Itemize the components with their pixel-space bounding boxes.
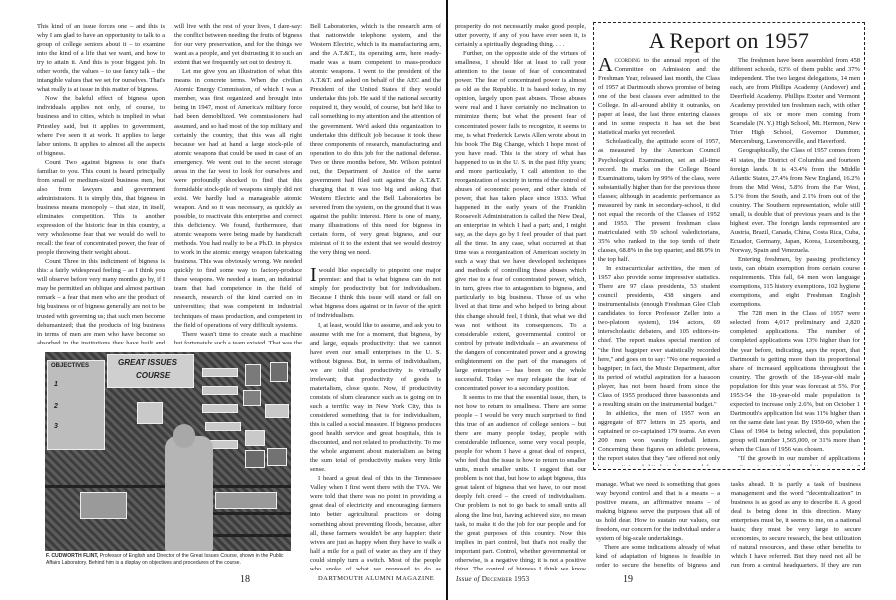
paragraph: This kind of an issue forces one – and t…: [37, 22, 165, 94]
course-title-line-2: COURSE: [136, 371, 170, 380]
course-title-board: GREAT ISSUES COURSE: [107, 354, 194, 388]
paragraph: prosperity do not necessarily make good …: [455, 22, 586, 49]
label-strip: [205, 422, 241, 431]
photo-thumbnail: [245, 364, 261, 386]
professor-figure: [165, 436, 213, 551]
paragraph: In extracurricular activities, the men o…: [598, 264, 720, 409]
paragraph: I heard a great deal of this in the Tenn…: [310, 474, 441, 570]
display-papers: [80, 492, 127, 519]
paragraph: I, at least, would like to assume, and a…: [310, 321, 441, 475]
paragraph-text: to the annual report of the Committee on…: [598, 57, 720, 136]
running-head-issue: Issue of December 1953: [456, 575, 529, 583]
issue-of-label: Issue of: [456, 575, 480, 583]
page-gutter-line: [446, 0, 448, 600]
course-title-line-1: GREAT ISSUES: [118, 358, 177, 367]
running-head-magazine: DARTMOUTH ALUMNI MAGAZINE: [318, 575, 434, 582]
center-panel: [137, 402, 163, 424]
objective-3: 3: [54, 423, 58, 430]
right-page-column-3: tasks ahead. It is partly a task of busi…: [731, 480, 861, 570]
objective-2: 2: [54, 403, 58, 410]
report-column-b: The freshmen have been assembled from 45…: [730, 56, 860, 466]
caption-name: F. CUDWORTH FLINT,: [46, 553, 98, 559]
paragraph-dropcap: Iwould like especially to pinpoint one m…: [310, 266, 441, 320]
label-strip: [202, 368, 238, 377]
label-strip: [202, 386, 238, 395]
paragraph: will live with the rest of your lives, I…: [174, 22, 302, 67]
right-page-column-2: manage. What we need is something that g…: [596, 480, 720, 570]
paragraph: In athletics, the men of 1957 won an agg…: [598, 409, 720, 466]
display-papers: [215, 492, 277, 509]
paragraph: The 728 men in the Class of 1957 were se…: [730, 309, 860, 454]
paragraph: Entering freshmen, by passing proficienc…: [730, 255, 860, 309]
dropcap-letter: A: [598, 57, 612, 73]
report-column-a: According to the annual report of the Co…: [598, 56, 720, 466]
professor-head: [173, 424, 195, 448]
paragraph-dropcap: According to the annual report of the Co…: [598, 56, 720, 137]
paragraph: Bell Laboratories, which is the research…: [310, 22, 441, 257]
paragraph: Now the baleful effect of bigness upon i…: [37, 94, 165, 157]
objective-1: 1: [54, 381, 58, 388]
left-page-column-1: This kind of an issue forces one – and t…: [37, 22, 165, 344]
page-number-right: 19: [623, 574, 633, 585]
report-title: A Report on 1957: [593, 28, 865, 54]
photo-thumbnail: [270, 362, 288, 382]
paragraph: The freshmen have been assembled from 45…: [730, 56, 860, 146]
page-number-left: 18: [240, 574, 250, 585]
paragraph: tasks ahead. It is partly a task of busi…: [731, 480, 861, 570]
paragraph: manage. What we need is something that g…: [596, 480, 720, 543]
paragraph: There wasn't time to create such a machi…: [174, 330, 302, 344]
objectives-heading: OBJECTIVES: [51, 363, 89, 369]
photo-caption: F. CUDWORTH FLINT, Professor of English …: [46, 553, 296, 566]
left-page-column-3: Bell Laboratories, which is the research…: [310, 22, 441, 570]
issue-date: December 1953: [482, 575, 530, 583]
photo-thumbnail: [245, 450, 265, 468]
paragraph: It seems to me that the essential issue,…: [455, 393, 586, 570]
photo-thumbnail: [243, 390, 261, 406]
left-page-column-2: will live with the rest of your lives, I…: [174, 22, 302, 344]
paragraph: Scholastically, the aptitude score of 19…: [598, 137, 720, 264]
photo-great-issues-course: OBJECTIVES 1 2 3 GREAT ISSUES COURSE: [45, 352, 291, 551]
label-strip: [202, 404, 238, 413]
paragraph: There are some indications already of wh…: [596, 543, 720, 570]
right-page-column-1: prosperity do not necessarily make good …: [455, 22, 586, 570]
paragraph: Count Three in this indictment of bignes…: [37, 257, 165, 344]
objectives-board: OBJECTIVES 1 2 3: [47, 360, 105, 450]
paragraph: "If the growth in our number of applicat…: [730, 454, 860, 466]
paragraph: Further, on the opposite side of the vir…: [455, 49, 586, 393]
photo-thumbnail: [267, 448, 287, 466]
paragraph: Geographically, the Class of 1957 comes …: [730, 146, 860, 255]
lead-in-smallcaps: ccording: [614, 57, 640, 64]
photo-thumbnail: [265, 404, 289, 418]
paragraph: Let me give you an illustration of what …: [174, 67, 302, 329]
paragraph: Count Two against bigness is one that's …: [37, 158, 165, 258]
dropcap-letter: I: [310, 267, 317, 283]
photo-thumbnail: [245, 430, 265, 446]
paragraph-text: would like especially to pinpoint one ma…: [310, 267, 441, 319]
